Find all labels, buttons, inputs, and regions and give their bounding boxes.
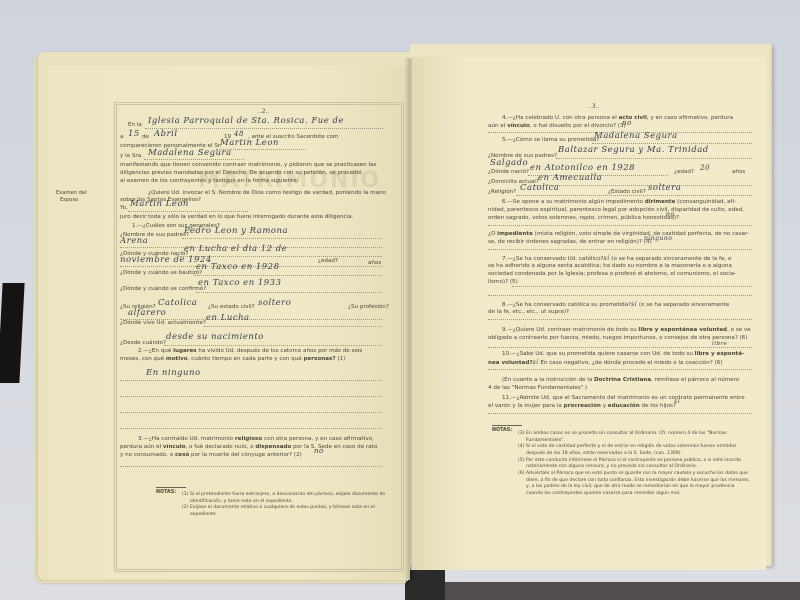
place-handwritten: Iglesia Parroquial de Sta. Rosica. Fue d… — [148, 116, 344, 127]
q6-bold: impediente — [497, 231, 533, 237]
q6-line-3: orden sagrado, votos solemnes, rapto, cr… — [488, 215, 679, 223]
fill-line — [204, 326, 382, 327]
margin-label-line: Esposo — [56, 197, 87, 204]
q7-text: 7.—¿Se ha conservado Ud. católico? — [502, 256, 604, 262]
q5-religion-handwritten: Catolica — [520, 183, 559, 194]
fill-line — [536, 185, 752, 186]
fill-line — [120, 466, 382, 467]
notes-list: (1) Si el pretendiente fuera extranjero,… — [176, 492, 400, 519]
intro-text-3: al examen de los contrayentes y testigos… — [120, 178, 299, 186]
q5-age-handwritten: 20 — [700, 164, 710, 173]
q4-line-1: 4.—¿Ha celebrado U. con otra persona el … — [502, 115, 733, 123]
q3-line-1: 3.—¿Ha contraído Ud. matrimonio religios… — [138, 436, 374, 444]
label-de: de — [142, 134, 149, 142]
q5-parents-handwritten: Baltazar Segura y Ma. Trinidad — [558, 145, 709, 156]
intro-text-1: manifestando que tienen convenido contra… — [120, 162, 376, 170]
bottom-shadow — [445, 582, 800, 600]
q1-lives-handwritten: en Lucha — [206, 313, 250, 324]
q4-text: , o fué disuelto por el divorcio? (3) — [530, 123, 626, 129]
fill-line — [488, 225, 752, 226]
q2-text: (1) — [336, 356, 346, 362]
fill-line — [488, 413, 752, 414]
fill-line — [488, 295, 752, 296]
q11-line-1: 11.—¿Admite Ud. que el Sacramento del ma… — [502, 395, 745, 403]
q4-text: aún el — [488, 123, 507, 129]
q7-text: (o se ha separado sinceramente de la fe,… — [610, 256, 732, 262]
q5-label: 5.—¿Cómo se llama su prometida? — [502, 137, 599, 145]
margin-label-examen: Examen del Esposo — [56, 190, 87, 204]
q2-line-2: meses, con qué motivo, cuánto tiempo en … — [120, 356, 345, 364]
q11-answer-handwritten: sí — [674, 398, 680, 406]
oath-line-3: juro decir toda y sólo la verdad en lo q… — [120, 214, 353, 222]
left-page: MATRIMONIO ..2.. En la Iglesia Parroquia… — [48, 66, 410, 579]
q6-text: 6.—Se opone a su matrimonio algún impedi… — [502, 199, 645, 205]
instruction-text: (En cuanto a la instrucción de la — [502, 377, 594, 383]
q6-answer2-handwritten: ninguno — [644, 235, 672, 243]
day-handwritten: 15 — [128, 129, 140, 140]
q1-age-label: ¿edad? — [318, 258, 338, 266]
q3-text: con otra persona, y en caso afirmativo, — [262, 436, 374, 442]
page-number: ..2.. — [258, 108, 269, 116]
q6-text: (mixta religión, voto simple de virginid… — [533, 231, 749, 237]
fill-line — [145, 128, 383, 129]
instruction-bold: Doctrina Cristiana — [594, 377, 651, 383]
page-number: ..3.. — [588, 103, 599, 111]
fill-line — [516, 195, 752, 196]
fill-line — [120, 396, 382, 397]
oath-name-handwritten: Martin Leon — [130, 199, 189, 210]
q1-since-handwritten: desde su nacimiento — [166, 332, 264, 343]
q5-born-label: ¿Dónde nació? — [488, 169, 529, 177]
note-item: (6) Adviértale al Párroco que en este pu… — [512, 471, 752, 498]
q1-civil-handwritten: soltero — [258, 298, 291, 309]
fill-line — [488, 249, 752, 250]
fill-line — [144, 159, 244, 160]
q1-civil-label: ¿Su estado civil? — [208, 304, 255, 312]
q4-text: , y en caso afirmativo, perdura — [647, 115, 733, 121]
q11-bold: educación — [608, 403, 640, 409]
margin-label-line: Examen del — [56, 190, 87, 197]
fill-line — [182, 238, 382, 239]
q2-bold: motivo — [166, 356, 188, 362]
q10-text: En caso negativo, ¿de dónde procede el m… — [539, 360, 723, 366]
q2-text: 2.—¿En qué — [138, 348, 173, 354]
fill-line — [194, 275, 382, 276]
q7-line-2: se ha adherido a alguna secta acatólica;… — [488, 263, 732, 271]
q8-text: 8.—¿Se ha conservado católica su prometi… — [502, 302, 631, 308]
intro-text-2: diligencias previas mandadas por el Dere… — [120, 170, 362, 178]
q2-text: meses, con qué — [120, 356, 166, 362]
q9-line-2: obligado a contraerlo por fuerza, miedo,… — [488, 335, 748, 343]
instruction-line-1: (En cuanto a la instrucción de la Doctri… — [502, 377, 739, 385]
q2-text: ha vivido Ud. después de los catorce año… — [197, 348, 363, 354]
q8-text: (o se ha separado sinceramente — [637, 302, 729, 308]
q3-text: por la S. Sede en caso de rato — [291, 444, 377, 450]
q3-text: y no consumado, o — [120, 452, 175, 458]
note-item: (5) Por este conducto infórmese el Párro… — [512, 458, 752, 471]
q11-text: el varón y la mujer para la — [488, 403, 564, 409]
q3-text: perdura aún el — [120, 444, 163, 450]
q6-answer-handwritten: no — [666, 211, 674, 219]
q3-answer-handwritten: no — [314, 447, 324, 456]
q10-text: 10.—¿Sabe Ud. que su prometida quiere ca… — [502, 351, 695, 357]
q9-line-1: 9.—¿Quiere Ud. contraer matrimonio de to… — [502, 327, 751, 335]
notes-title: NOTAS: — [156, 490, 176, 496]
q1-since-label: ¿Desde cuándo? — [120, 340, 166, 348]
q9-text: 9.—¿Quiere Ud. contraer matrimonio de to… — [502, 327, 638, 333]
q10-line-2: nea voluntad?sí En caso negativo, ¿de dó… — [488, 359, 723, 368]
q7-line-3: sociedad condenada por la Iglesia; profe… — [488, 271, 736, 279]
q5-age-label: ¿edad? — [674, 169, 694, 177]
q5-age-unit: años — [732, 169, 745, 177]
q3-text: por la muerte del cónyuge anterior? (2) — [189, 452, 302, 458]
fill-line — [556, 158, 752, 159]
q2-text: , cuánto tiempo en cada parte y con qué — [188, 356, 304, 362]
q2-bold: personas? — [304, 356, 336, 362]
q2-answer-handwritten: En ninguno — [146, 368, 201, 379]
q1-lives-label: ¿Dónde vive Ud. actualmente? — [120, 320, 206, 328]
q11-text: y — [601, 403, 608, 409]
fill-line — [512, 286, 752, 287]
q1-confirmed-handwritten: en Taxco en 1933 — [198, 278, 282, 289]
note-item: (4) Si el voto de castidad perfecta y el… — [512, 444, 752, 457]
q9-bold: libre y espontánea voluntad — [638, 327, 727, 333]
q2-line-1: 2.—¿En qué lugares ha vivido Ud. después… — [138, 348, 362, 356]
fill-line — [488, 319, 752, 320]
q3-bold: dispensado — [255, 444, 291, 450]
q6-line-1: 6.—Se opone a su matrimonio algún impedi… — [502, 199, 736, 207]
fill-line — [120, 412, 382, 413]
right-page: ..3.. 4.—¿Ha celebrado U. con otra perso… — [412, 57, 766, 570]
fill-line — [164, 345, 382, 346]
q1-baptized-handwritten: en Taxco en 1928 — [196, 262, 280, 273]
notes-rule — [156, 487, 186, 488]
q1-profession-label: ¿Su profesión? — [348, 304, 389, 312]
q3-text: 3.—¿Ha contraído Ud. matrimonio — [138, 436, 235, 442]
q11-text: de los hijos? — [640, 403, 676, 409]
notes-list: (3) En ambos casos no se proceda sin con… — [512, 431, 752, 498]
q3-bold: cesó — [175, 452, 189, 458]
intro-y-la-sra: y la Sra. — [120, 153, 143, 161]
q5-religion-label: ¿Religión? — [488, 189, 516, 197]
q8-line-2: de la fe, etc., etc., ut supra)? — [488, 309, 569, 317]
q1-profession-handwritten: alfarero — [128, 308, 166, 319]
fill-line — [128, 211, 248, 212]
fill-line — [488, 347, 752, 348]
q1-parents-handwritten-2: Arena — [120, 236, 148, 247]
instruction-line-2: 4 de las "Normas Fundamentales".) — [488, 385, 587, 393]
q6-text: ¿O — [488, 231, 497, 237]
q2-bold: lugares — [173, 348, 197, 354]
q6-line-5: se, de recibir órdenes sagradas, de entr… — [488, 239, 652, 247]
q1-parents-handwritten: Pedro Leon y Ramona — [184, 226, 288, 237]
q10-line-1: 10.—¿Sabe Ud. que su prometida quiere ca… — [502, 351, 744, 359]
q5-civil-handwritten: soltera — [648, 183, 681, 194]
q3-line-3: y no consumado, o cesó por la muerte del… — [120, 452, 302, 460]
q10-bold: libre y espontá- — [695, 351, 745, 357]
fill-line — [488, 369, 752, 370]
q3-text: , o fué declarado nulo, o — [185, 444, 255, 450]
instruction-text: , remítase el párroco al número — [651, 377, 739, 383]
note-item: (2) Exíjase el documento relativo a cual… — [176, 505, 400, 518]
q1-baptized-label: ¿Dónde y cuándo se bautizó? — [120, 270, 202, 278]
q3-bold: religioso — [235, 436, 262, 442]
bride-name-handwritten: Madalena Segura — [148, 148, 232, 159]
notes-title: NOTAS: — [492, 428, 512, 434]
q6-line-2: nidad, parentesco espiritual, parentesco… — [488, 207, 744, 215]
q3-bold: vínculo — [163, 444, 186, 450]
label-a: a — [120, 134, 123, 142]
note-item: (3) En ambos casos no se proceda sin con… — [512, 431, 752, 444]
q9-text: , o se ve — [727, 327, 751, 333]
q4-line-2: aún el vínculo, o fué disuelto por el di… — [488, 123, 626, 131]
q6-bold: dirimente — [645, 199, 676, 205]
q4-answer-handwritten: no — [622, 119, 632, 128]
q3-line-2: perdura aún el vínculo, o fué declarado … — [120, 444, 377, 452]
q4-text: 4.—¿Ha celebrado U. con otra persona el — [502, 115, 619, 121]
q11-bold: procreación — [564, 403, 601, 409]
q11-line-2: el varón y la mujer para la procreación … — [488, 403, 676, 411]
q6-line-4: ¿O impediente (mixta religión, voto simp… — [488, 231, 749, 239]
fill-line — [592, 143, 752, 144]
note-item: (1) Si el pretendiente fuera extranjero,… — [176, 492, 400, 505]
fill-line — [120, 428, 382, 429]
q10-bold: nea voluntad? — [488, 360, 533, 366]
q6-text: (consanguinidad, afi- — [675, 199, 736, 205]
q5-answer-handwritten: Madalena Segura — [594, 131, 678, 142]
q4-bold: vínculo — [507, 123, 530, 129]
fill-line — [120, 380, 382, 381]
q1-born-handwritten: en Lucha el dia 12 de — [184, 244, 287, 255]
oath-yo: Yo, — [120, 205, 128, 213]
q5-parents-handwritten-2: Salgado — [490, 158, 528, 169]
month-handwritten: Abril — [154, 129, 178, 140]
notes-rule — [492, 425, 522, 426]
q1-confirmed-label: ¿Dónde y cuándo se confirmó? — [120, 286, 206, 294]
fill-line — [196, 292, 382, 293]
